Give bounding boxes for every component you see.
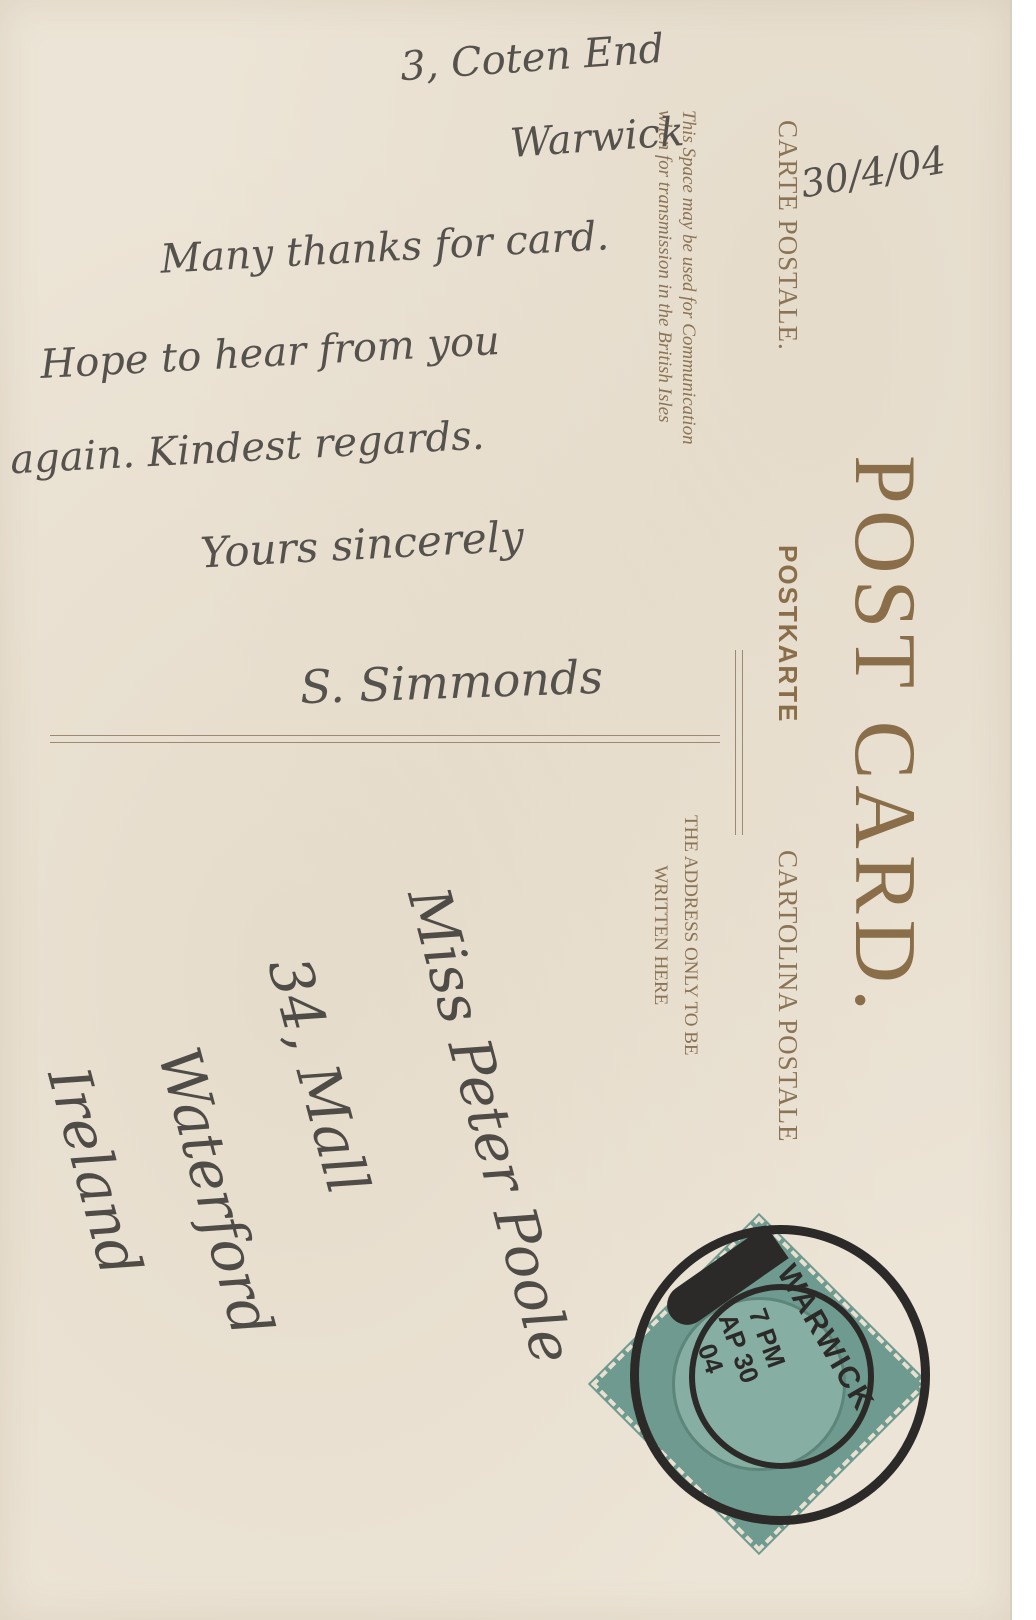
recipient-line-4: Ireland	[34, 1060, 155, 1283]
message-line-1: Many thanks for card.	[159, 213, 610, 282]
postmark: WARWICK 7 PM AP 30 04	[630, 1225, 930, 1525]
communication-space-note: This Space may be used for Communication…	[652, 110, 700, 445]
space-note-line-1: This Space may be used for Communication	[676, 110, 700, 445]
postcard-title: POST CARD.	[834, 455, 935, 1017]
address-note-line-2: WRITTEN HERE	[645, 815, 675, 1056]
carte-postale-label: CARTE POSTALE.	[772, 120, 803, 351]
divider-line	[50, 735, 720, 736]
address-only-note: THE ADDRESS ONLY TO BE WRITTEN HERE	[645, 815, 705, 1056]
divider-line	[735, 650, 736, 835]
postcard: POST CARD. CARTE POSTALE. POSTKARTE CART…	[0, 0, 1012, 1620]
message-line-4: Yours sincerely	[199, 512, 525, 578]
recipient-line-2: 34, Mall	[254, 950, 382, 1201]
letter-date: 30/4/04	[797, 138, 949, 207]
divider-line	[50, 742, 720, 743]
message-line-2: Hope to hear from you	[39, 318, 501, 388]
sender-address-line-1: 3, Coten End	[399, 26, 666, 90]
message-line-3: again. Kindest regards.	[9, 413, 485, 484]
postkarte-label: POSTKARTE	[772, 545, 803, 723]
space-note-line-2: when for transmission in the British Isl…	[652, 110, 676, 445]
recipient-line-1: Miss Peter Poole	[394, 880, 586, 1371]
signature: S. Simmonds	[299, 650, 604, 715]
address-note-line-1: THE ADDRESS ONLY TO BE	[675, 815, 705, 1056]
divider-line	[742, 650, 743, 835]
recipient-line-3: Waterford	[144, 1040, 286, 1343]
cartolina-postale-label: CARTOLINA POSTALE	[772, 850, 803, 1142]
